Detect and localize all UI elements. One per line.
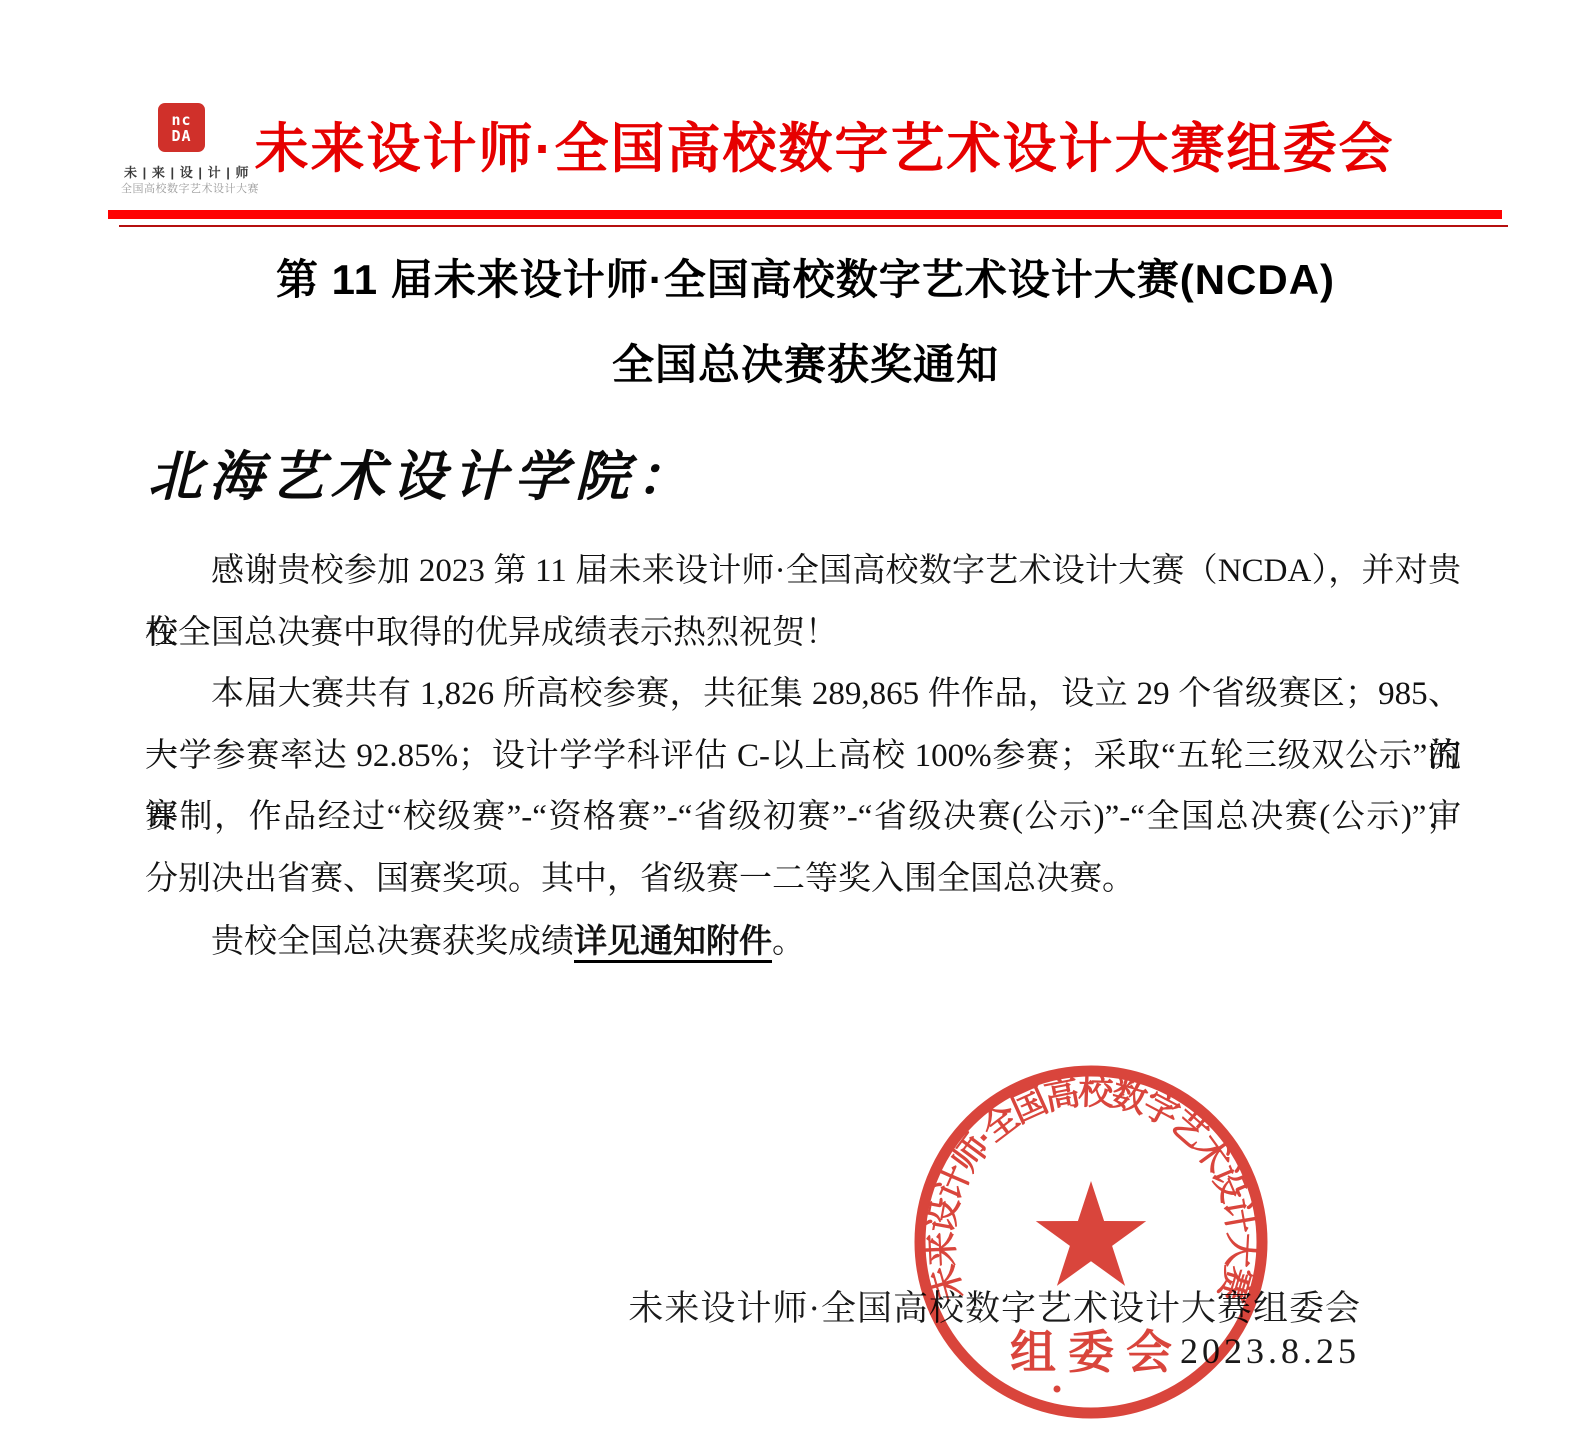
paragraph-2-line-2: 大学参赛率达 92.85%；设计学学科评估 C-以上高校 100%参赛；采取“五… — [145, 726, 1461, 788]
paragraph-1-line-2: 在全国总决赛中取得的优异成绩表示热烈祝贺！ — [145, 603, 1461, 665]
letterhead-org-title: 未来设计师·全国高校数字艺术设计大赛组委会 — [252, 106, 1397, 183]
recipient-name: 北海艺术设计学院： — [148, 434, 697, 511]
notice-document: nc DA 未 | 来 | 设 | 计 | 师 全国高校数字艺术设计大赛 未来设… — [0, 0, 1581, 1453]
paragraph-1-line-1: 感谢贵校参加 2023 第 11 届未来设计师·全国高校数字艺术设计大赛（NCD… — [145, 541, 1461, 603]
stamp-star-icon — [1036, 1181, 1146, 1286]
paragraph-3: 贵校全国总决赛获奖成绩详见通知附件。 — [145, 910, 1461, 972]
ncda-logo-letters-bottom: DA — [171, 128, 191, 144]
ncda-logo-letters-top: nc — [171, 112, 191, 128]
stamp-ink-speck — [1054, 1386, 1061, 1393]
logo-subtitle: 全国高校数字艺术设计大赛 — [121, 180, 251, 196]
document-title-line1: 第 11 届未来设计师·全国高校数字艺术设计大赛(NCDA) — [15, 247, 1581, 307]
logo-wordmark: 未 | 来 | 设 | 计 | 师 — [124, 162, 244, 181]
body-text: 感谢贵校参加 2023 第 11 届未来设计师·全国高校数字艺术设计大赛（NCD… — [145, 541, 1461, 972]
paragraph-3-emphasis: 详见通知附件 — [574, 922, 772, 963]
ncda-logo-icon: nc DA — [158, 103, 205, 152]
letterhead-rule-thick — [108, 210, 1502, 219]
official-seal-stamp: 未来设计师·全国高校数字艺术设计大赛 组委会 — [901, 1052, 1281, 1432]
document-title-line2: 全国总决赛获奖通知 — [15, 332, 1581, 392]
paragraph-2-line-4: 分别决出省赛、国赛奖项。其中，省级赛一二等奖入围全国总决赛。 — [145, 849, 1461, 911]
letterhead-rule-thin — [119, 225, 1508, 227]
paragraph-3-prefix: 贵校全国总决赛获奖成绩 — [211, 924, 574, 960]
stamp-center-text: 组委会 — [1010, 1326, 1184, 1378]
paragraph-2-line-1: 本届大赛共有 1,826 所高校参赛，共征集 289,865 件作品，设立 29… — [145, 664, 1461, 726]
paragraph-2-line-3: 赛制，作品经过“校级赛”-“资格赛”-“省级初赛”-“省级决赛(公示)”-“全国… — [145, 787, 1461, 849]
paragraph-3-suffix: 。 — [772, 924, 805, 960]
